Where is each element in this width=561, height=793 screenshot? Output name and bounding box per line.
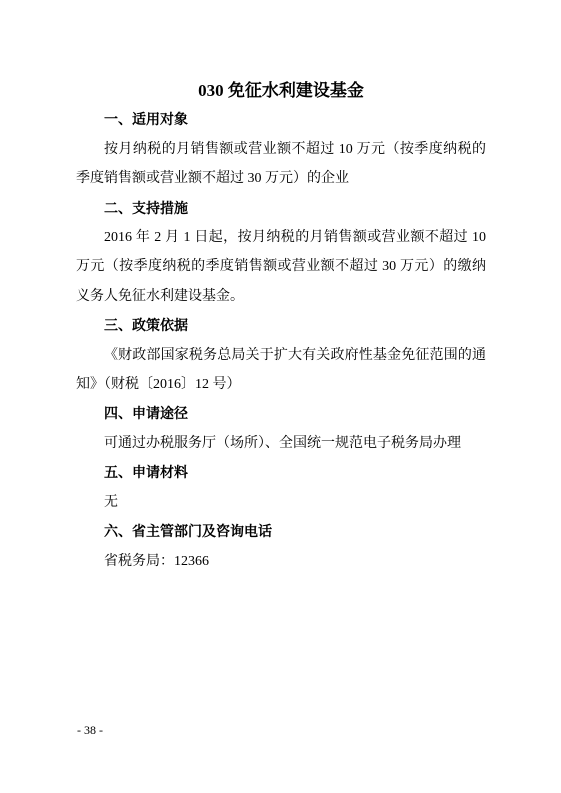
- section-heading: 四、申请途径: [76, 399, 486, 428]
- section-paragraph: 无: [76, 488, 486, 517]
- document-body: 030 免征水利建设基金 一、适用对象 按月纳税的月销售额或营业额不超过 10 …: [76, 76, 486, 576]
- section-heading: 六、省主管部门及咨询电话: [76, 517, 486, 546]
- document-title: 030 免征水利建设基金: [76, 76, 486, 105]
- section-department-and-phone: 六、省主管部门及咨询电话 省税务局：12366: [76, 517, 486, 576]
- section-applicable-objects: 一、适用对象 按月纳税的月销售额或营业额不超过 10 万元（按季度纳税的季度销售…: [76, 105, 486, 193]
- section-policy-basis: 三、政策依据 《财政部国家税务总局关于扩大有关政府性基金免征范围的通知》（财税〔…: [76, 311, 486, 399]
- section-heading: 二、支持措施: [76, 194, 486, 223]
- section-paragraph: 省税务局：12366: [76, 547, 486, 576]
- document-page: 030 免征水利建设基金 一、适用对象 按月纳税的月销售额或营业额不超过 10 …: [0, 0, 561, 793]
- section-application-materials: 五、申请材料 无: [76, 458, 486, 517]
- section-heading: 一、适用对象: [76, 105, 486, 134]
- section-paragraph: 《财政部国家税务总局关于扩大有关政府性基金免征范围的通知》（财税〔2016〕12…: [76, 341, 486, 400]
- section-heading: 三、政策依据: [76, 311, 486, 340]
- section-heading: 五、申请材料: [76, 458, 486, 487]
- section-paragraph: 按月纳税的月销售额或营业额不超过 10 万元（按季度纳税的季度销售额或营业额不超…: [76, 135, 486, 194]
- page-footer: - 38 -: [77, 722, 103, 738]
- section-application-channel: 四、申请途径 可通过办税服务厅（场所）、全国统一规范电子税务局办理: [76, 399, 486, 458]
- section-support-measures: 二、支持措施 2016 年 2 月 1 日起，按月纳税的月销售额或营业额不超过 …: [76, 194, 486, 312]
- section-paragraph: 2016 年 2 月 1 日起，按月纳税的月销售额或营业额不超过 10 万元（按…: [76, 223, 486, 311]
- page-number: - 38 -: [77, 723, 103, 737]
- section-paragraph: 可通过办税服务厅（场所）、全国统一规范电子税务局办理: [76, 429, 486, 458]
